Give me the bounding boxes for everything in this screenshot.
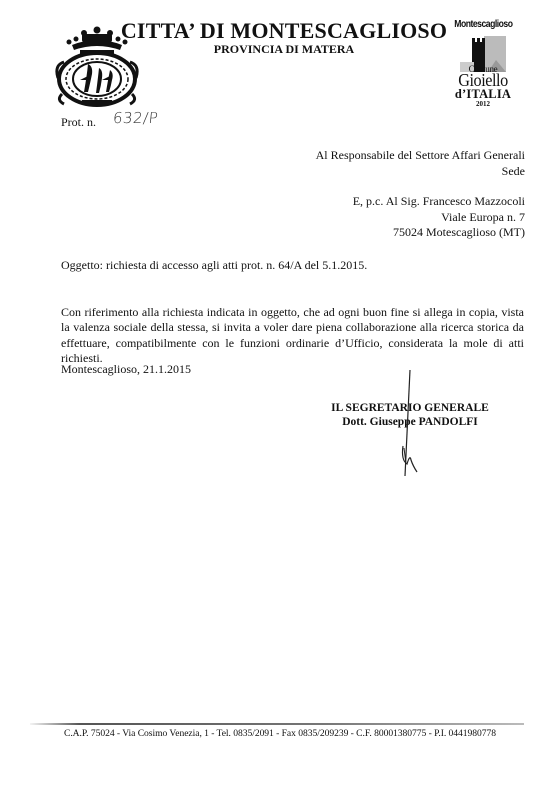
recipient-cc: E, p.c. Al Sig. Francesco Mazzocoli Vial… bbox=[353, 194, 525, 241]
recipient-line: E, p.c. Al Sig. Francesco Mazzocoli bbox=[353, 194, 525, 210]
badge-year-text: 2012 bbox=[448, 100, 518, 108]
recipient-line: Sede bbox=[316, 164, 525, 180]
recipient-primary: Al Responsabile del Settore Affari Gener… bbox=[316, 148, 525, 179]
recipient-line: Viale Europa n. 7 bbox=[353, 210, 525, 226]
recipient-line: 75024 Motescaglioso (MT) bbox=[353, 225, 525, 241]
protocol-label: Prot. n. bbox=[61, 115, 96, 130]
recipient-line: Al Responsabile del Settore Affari Gener… bbox=[316, 148, 525, 164]
badge-top-text: Montescaglioso bbox=[454, 18, 511, 30]
place-date: Montescaglioso, 21.1.2015 bbox=[61, 362, 191, 377]
gioiello-italia-badge: Montescaglioso Comune Gioiello d’ITALIA … bbox=[448, 12, 518, 107]
subject-line: Oggetto: richiesta di accesso agli atti … bbox=[61, 258, 367, 273]
footer-contact-info: C.A.P. 75024 - Via Cosimo Venezia, 1 - T… bbox=[0, 728, 560, 739]
footer-divider bbox=[30, 723, 524, 725]
body-paragraph: Con riferimento alla richiesta indicata … bbox=[61, 305, 524, 366]
protocol-handwritten-number: 632/P bbox=[112, 109, 159, 127]
handwritten-signature-icon bbox=[395, 368, 425, 483]
